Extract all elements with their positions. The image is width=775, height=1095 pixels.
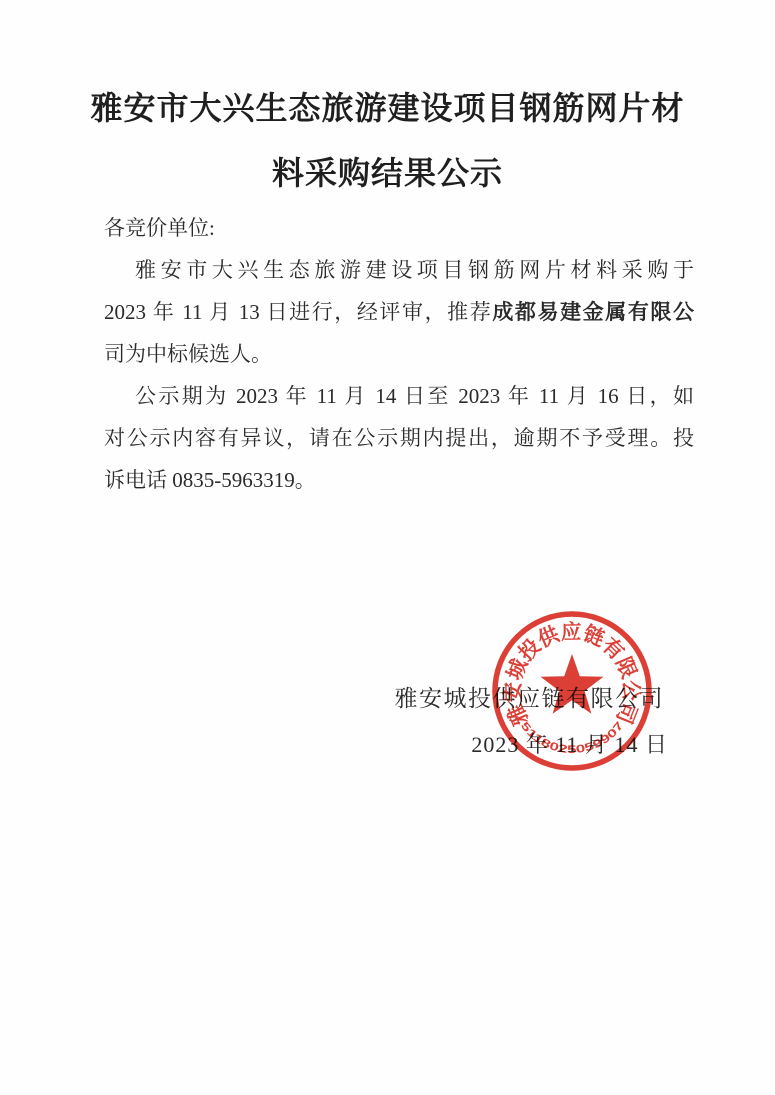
para2-line1: 公示期为 2023 年 11 月 14 日至 2023 年 11 月 16 日，… [104, 375, 694, 417]
para1-line2-bold-company: 成都易建金属有限公 [492, 300, 694, 324]
para1-line1: 雅安市大兴生态旅游建设项目钢筋网片材料采购于 [104, 249, 694, 291]
para1-line2-regular: 2023 年 11 月 13 日进行，经评审，推荐 [104, 300, 492, 324]
para2-line3-phone: 诉电话 0835-5963319。 [104, 459, 694, 501]
svg-text:5118025059907: 5118025059907 [518, 720, 626, 756]
title-line-2: 料采购结果公示 [0, 141, 775, 206]
title-line-1: 雅安市大兴生态旅游建设项目钢筋网片材 [0, 76, 775, 141]
document-title: 雅安市大兴生态旅游建设项目钢筋网片材 料采购结果公示 [0, 76, 775, 206]
document-page: 雅安市大兴生态旅游建设项目钢筋网片材 料采购结果公示 各竞价单位: 雅安市大兴生… [0, 0, 775, 1095]
document-body: 各竞价单位: 雅安市大兴生态旅游建设项目钢筋网片材料采购于 2023 年 11 … [104, 207, 694, 501]
para1-line2: 2023 年 11 月 13 日进行，经评审，推荐成都易建金属有限公 [104, 291, 694, 333]
para1-line3: 司为中标候选人。 [104, 333, 694, 375]
star-icon [541, 654, 604, 714]
salutation: 各竞价单位: [104, 207, 694, 249]
company-seal-stamp: 雅安城投供应链有限公司 5118025059907 [462, 581, 682, 801]
para2-line2: 对公示内容有异议，请在公示期内提出，逾期不予受理。投 [104, 417, 694, 459]
stamp-code-text: 5118025059907 [518, 720, 626, 756]
